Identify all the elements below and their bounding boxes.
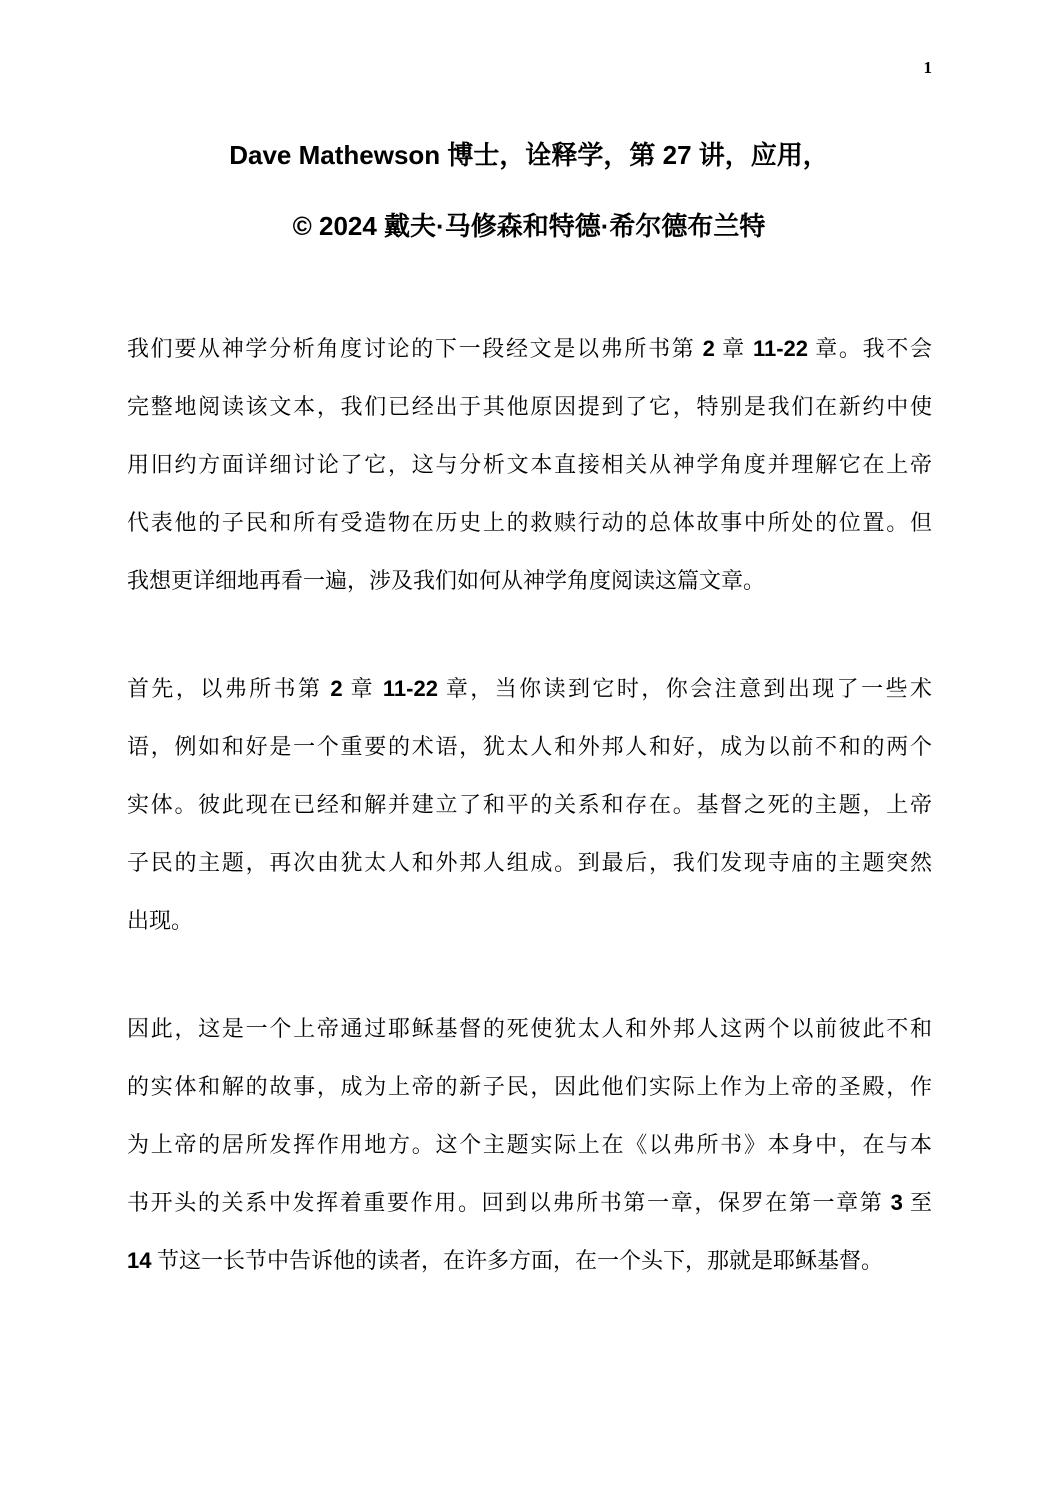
paragraph-2: 首先，以弗所书第 2 章 11-22 章，当你读到它时，你会注意到出现了一些术 …: [127, 660, 932, 950]
text-line: 书开头的关系中发挥着重要作用。回到以弗所书第一章，保罗在第一章第 3 至: [127, 1174, 932, 1232]
document-copyright-line: © 2024 戴夫·马修森和特德·希尔德布兰特: [0, 213, 1058, 240]
text-line: 为上帝的居所发挥作用地方。这个主题实际上在《以弗所书》本身中，在与本: [127, 1116, 932, 1174]
document-page: 1 Dave Mathewson 博士，诠释学，第 27 讲，应用， © 202…: [0, 0, 1058, 1497]
document-body: 我们要从神学分析角度讨论的下一段经文是以弗所书第 2 章 11-22 章。我不会…: [0, 320, 1058, 1340]
paragraph-1: 我们要从神学分析角度讨论的下一段经文是以弗所书第 2 章 11-22 章。我不会…: [127, 320, 932, 610]
text-line: 子民的主题，再次由犹太人和外邦人组成。到最后，我们发现寺庙的主题突然: [127, 834, 932, 892]
text-line: 完整地阅读该文本，我们已经出于其他原因提到了它，特别是我们在新约中使: [127, 378, 932, 436]
document-title-line-1: Dave Mathewson 博士，诠释学，第 27 讲，应用，: [0, 142, 1058, 169]
text-line: 首先，以弗所书第 2 章 11-22 章，当你读到它时，你会注意到出现了一些术: [127, 660, 932, 718]
text-line: 实体。彼此现在已经和解并建立了和平的关系和存在。基督之死的主题，上帝: [127, 776, 932, 834]
text-line: 因此，这是一个上帝通过耶稣基督的死使犹太人和外邦人这两个以前彼此不和: [127, 1000, 932, 1058]
text-line: 代表他的子民和所有受造物在历史上的救赎行动的总体故事中所处的位置。但: [127, 494, 932, 552]
text-line: 我想更详细地再看一遍，涉及我们如何从神学角度阅读这篇文章。: [127, 552, 932, 610]
text-line: 的实体和解的故事，成为上帝的新子民，因此他们实际上作为上帝的圣殿，作: [127, 1058, 932, 1116]
text-line: 我们要从神学分析角度讨论的下一段经文是以弗所书第 2 章 11-22 章。我不会: [127, 320, 932, 378]
paragraph-3: 因此，这是一个上帝通过耶稣基督的死使犹太人和外邦人这两个以前彼此不和 的实体和解…: [127, 1000, 932, 1290]
text-line: 用旧约方面详细讨论了它，这与分析文本直接相关从神学角度并理解它在上帝: [127, 436, 932, 494]
document-title: Dave Mathewson 博士，诠释学，第 27 讲，应用， © 2024 …: [0, 142, 1058, 241]
page-number: 1: [924, 58, 933, 78]
text-line: 出现。: [127, 892, 932, 950]
text-line: 语，例如和好是一个重要的术语，犹太人和外邦人和好，成为以前不和的两个: [127, 718, 932, 776]
text-line: 14 节这一长节中告诉他的读者，在许多方面，在一个头下，那就是耶稣基督。: [127, 1232, 932, 1290]
